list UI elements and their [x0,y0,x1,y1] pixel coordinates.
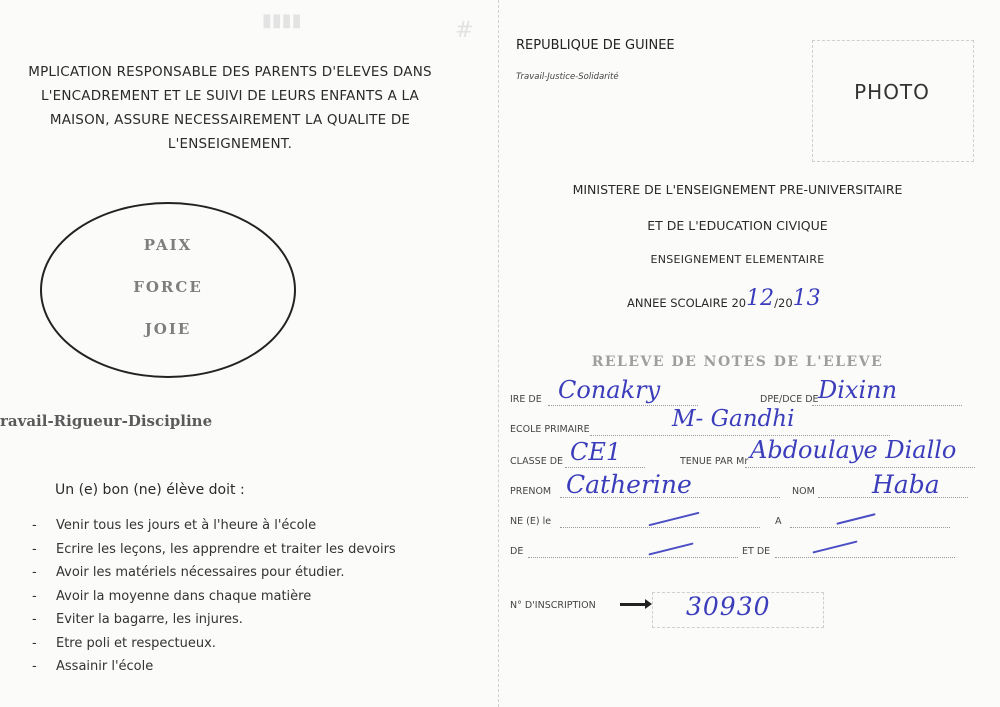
dpe-line [812,405,962,406]
ellipse-word-force: FORCE [40,278,296,296]
photo-label: PHOTO [812,80,972,104]
bleed-through-mark: # [455,18,473,43]
birth-date-label: NE (E) le [510,516,551,527]
inscription-value[interactable]: 30930 [686,592,771,621]
tenue-line [745,467,975,468]
classe-line [565,467,645,468]
inscription-label: N° D'INSCRIPTION [510,600,596,611]
country-name: REPUBLIQUE DE GUINEE [516,38,675,53]
document-title: RELEVE DE NOTES DE L'ELEVE [500,354,975,370]
education-level: ENSEIGNEMENT ELEMENTAIRE [500,253,975,266]
motto-line: L'ENSEIGNEMENT. [0,132,460,156]
arrow-right-icon [620,603,646,606]
prenom-label: PRENOM [510,486,551,497]
duties-list: -Venir tous les jours et à l'heure à l'é… [32,514,396,679]
ellipse-word-paix: PAIX [40,236,296,254]
mother-dash[interactable] [812,540,857,553]
bleed-through-text: ▮▮▮▮ [262,10,302,31]
father-label: DE [510,546,523,557]
duty-item: -Assainir l'école [32,655,396,679]
parent-involvement-motto: MPLICATION RESPONSABLE DES PARENTS D'ELE… [0,60,460,156]
father-line [528,557,738,558]
duty-item: -Avoir les matériels nécessaires pour ét… [32,561,396,585]
school-year-end: 13 [793,286,821,311]
dpe-value[interactable]: Dixinn [818,376,897,404]
national-motto: Travail-Justice-Solidarité [516,72,619,82]
tenue-label: TENUE PAR Mr [680,456,748,467]
ecole-label: ECOLE PRIMAIRE [510,424,590,435]
mother-line [775,557,955,558]
duty-item: -Avoir la moyenne dans chaque matière [32,585,396,609]
ministry-line-1: MINISTERE DE L'ENSEIGNEMENT PRE-UNIVERSI… [500,182,975,197]
duty-item: -Venir tous les jours et à l'heure à l'é… [32,514,396,538]
ministry-line-2: ET DE L'EDUCATION CIVIQUE [500,218,975,233]
nom-value[interactable]: Haba [872,470,940,499]
birth-date-dash[interactable] [649,512,700,527]
tenue-value[interactable]: Abdoulaye Diallo [750,436,956,464]
ire-label: IRE DE [510,394,542,405]
prenom-value[interactable]: Catherine [566,470,692,499]
motto-line: L'ENCADREMENT ET LE SUIVI DE LEURS ENFAN… [0,84,460,108]
classe-value[interactable]: CE1 [570,438,621,466]
ecole-value[interactable]: M- Gandhi [672,406,794,432]
birth-place-dash[interactable] [836,513,875,525]
birth-place-line [790,527,950,528]
dpe-label: DPE/DCE DE [760,394,819,405]
motto-line: MPLICATION RESPONSABLE DES PARENTS D'ELE… [0,60,460,84]
mother-label: ET DE [742,546,770,557]
tagline: ravail-Rigueur-Discipline [0,412,212,430]
birth-date-line [560,527,760,528]
ellipse-word-joie: JOIE [40,320,296,338]
nom-label: NOM [792,486,815,497]
motto-line: MAISON, ASSURE NECESSAIREMENT LA QUALITE… [0,108,460,132]
classe-label: CLASSE DE [510,456,563,467]
duties-title: Un (e) bon (ne) élève doit : [55,482,245,498]
school-year: ANNEE SCOLAIRE 2012/2013 [627,288,821,313]
ire-value[interactable]: Conakry [558,376,660,404]
duty-item: -Eviter la bagarre, les injures. [32,608,396,632]
school-year-start: 12 [746,286,774,311]
birth-place-label: A [775,516,782,527]
duty-item: -Ecrire les leçons, les apprendre et tra… [32,538,396,562]
father-dash[interactable] [648,542,693,555]
duty-item: -Etre poli et respectueux. [32,632,396,656]
